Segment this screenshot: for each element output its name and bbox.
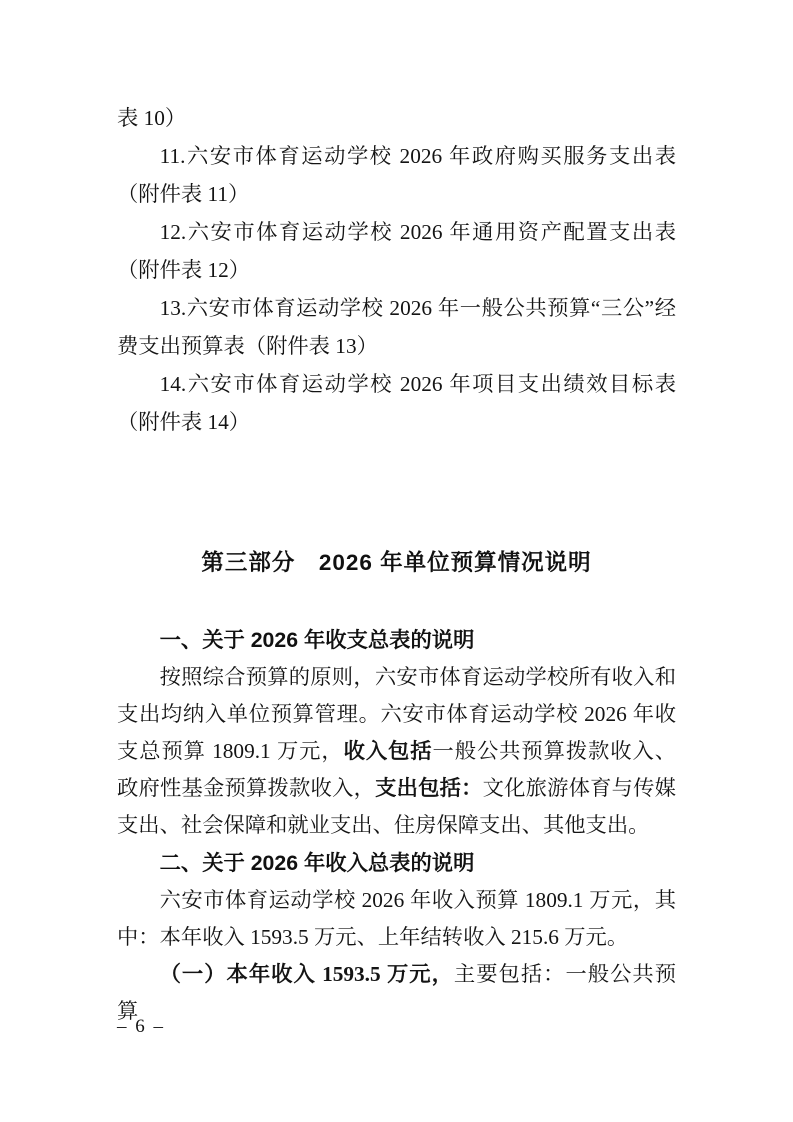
attachment-list-item-13: 13.六安市体育运动学校 2026 年一般公共预算“三公”经费支出预算表（附件表…	[117, 289, 676, 365]
section-1-paragraph-1: 按照综合预算的原则，六安市体育运动学校所有收入和支出均纳入单位预算管理。六安市体…	[117, 659, 676, 844]
continuation-line: 表 10）	[117, 99, 676, 137]
part-heading: 第三部分 2026 年单位预算情况说明	[117, 541, 676, 585]
attachment-list-item-14: 14.六安市体育运动学校 2026 年项目支出绩效目标表（附件表 14）	[117, 365, 676, 441]
section-2-paragraph-1: 六安市体育运动学校 2026 年收入预算 1809.1 万元，其中：本年收入 1…	[117, 882, 676, 956]
attachment-list-item-12: 12.六安市体育运动学校 2026 年通用资产配置支出表（附件表 12）	[117, 213, 676, 289]
section-2-heading: 二、关于 2026 年收入总表的说明	[117, 844, 676, 882]
section-2-paragraph-2: （一）本年收入 1593.5 万元，主要包括：一般公共预算	[117, 956, 676, 1030]
document-page: 表 10） 11.六安市体育运动学校 2026 年政府购买服务支出表（附件表 1…	[0, 0, 793, 1122]
page-number: – 6 –	[117, 1014, 165, 1040]
section-1-heading: 一、关于 2026 年收支总表的说明	[117, 621, 676, 659]
attachment-list-item-11: 11.六安市体育运动学校 2026 年政府购买服务支出表（附件表 11）	[117, 137, 676, 213]
document-content: 表 10） 11.六安市体育运动学校 2026 年政府购买服务支出表（附件表 1…	[117, 99, 676, 1030]
